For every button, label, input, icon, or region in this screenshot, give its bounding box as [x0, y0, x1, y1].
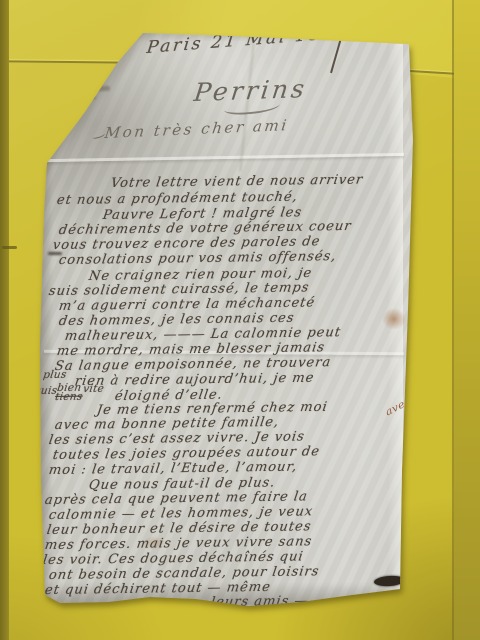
- ink-smudge: [56, 95, 96, 100]
- letter-text: Paris 21 Mai 1859, Perrins Mon très cher…: [0, 0, 480, 640]
- margin-insertion: avec: [384, 395, 412, 418]
- letter-paper: Paris 21 Mai 1859, Perrins Mon très cher…: [0, 0, 480, 640]
- letter-line: Votre lettre vient de nous arriver: [110, 172, 364, 191]
- margin-insertion: plus: [42, 369, 67, 381]
- margin-insertion: tiens: [54, 391, 83, 403]
- date-line: Paris 21 Mai 1859,: [146, 22, 358, 58]
- paper-sheet: Paris 21 Mai 1859, Perrins Mon très cher…: [0, 0, 480, 640]
- date-flourish: [330, 31, 344, 74]
- letter-line: rien à redire aujourd’hui, je me: [74, 371, 316, 389]
- ink-scribble: [374, 575, 406, 587]
- margin-insertion: vite: [82, 383, 105, 395]
- letter-line: leurs amis —: [210, 594, 310, 610]
- photograph-of-letter: Paris 21 Mai 1859, Perrins Mon très cher…: [0, 0, 480, 640]
- salutation: Mon très cher ami: [104, 116, 290, 142]
- archive-note-pencil: Perrins: [192, 74, 308, 107]
